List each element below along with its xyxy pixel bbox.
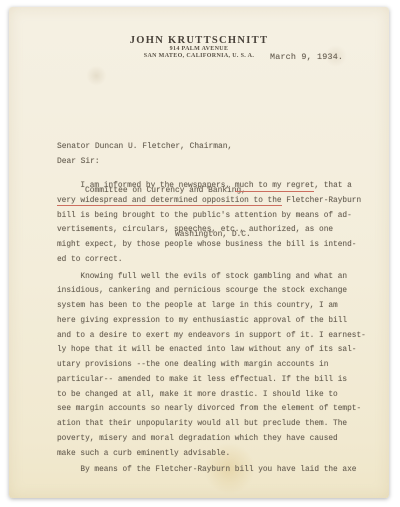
body-text: By means of the Fletcher-Rayburn bill yo… — [57, 466, 356, 474]
body-text: make such a curb eminently advisable. — [57, 450, 230, 458]
red-underlined-text: very widespread and determined oppositio… — [57, 197, 282, 207]
body-text: system has been to the people at large i… — [57, 302, 338, 310]
letter-body-line: here giving expression to my enthusiasti… — [57, 314, 366, 329]
letter-body: I am informed by the newspapers, much to… — [57, 177, 366, 478]
body-text: see margin accounts so nearly divorced f… — [57, 405, 361, 413]
body-text: Fletcher-Rayburn — [282, 197, 362, 205]
letter-body-line: very widespread and determined oppositio… — [57, 194, 366, 209]
body-text: Knowing full well the evils of stock gam… — [57, 273, 347, 281]
letter-body-line: poverty, misery and moral degradation wh… — [57, 432, 366, 447]
recipient-line: Senator Duncan U. Fletcher, Chairman, — [57, 140, 251, 155]
letter-body-line: vertisements, circulars, speeches, etc.,… — [57, 223, 366, 238]
letter-body-line: insidious, cankering and pernicious scou… — [57, 284, 366, 299]
letter-body-line: to be changed at all, make it more drast… — [57, 388, 366, 403]
letter-body-line: ation that their unpopularity would all … — [57, 417, 366, 432]
body-text: insidious, cankering and pernicious scou… — [57, 287, 347, 295]
letter-body-line: particular-- amended to make it less eff… — [57, 373, 366, 388]
body-text: poverty, misery and moral degradation wh… — [57, 435, 338, 443]
letter-body-line: bill is being brought to the public's at… — [57, 209, 366, 224]
letter-body-line: ly hope that it will be enacted into law… — [57, 343, 366, 358]
body-text: to be changed at all, make it more drast… — [57, 391, 338, 399]
body-text: particular-- amended to make it less eff… — [57, 376, 347, 384]
letter-body-line: I am informed by the newspapers, much to… — [57, 179, 366, 194]
letter-body-line: might expect, by those people whose busi… — [57, 238, 366, 253]
letter-body-line: make such a curb eminently advisable. — [57, 447, 366, 462]
body-text: ation that their unpopularity would all … — [57, 420, 347, 428]
body-text: , that a — [314, 182, 351, 190]
body-text: vertisements, circulars, speeches, etc.,… — [57, 226, 333, 234]
body-text: and to a desire to exert my endeavors in… — [57, 332, 366, 340]
body-text: bill is being brought to the public's at… — [57, 212, 352, 220]
scan-background: JOHN KRUTTSCHNITT 914 PALM AVENUE SAN MA… — [0, 0, 400, 507]
red-underlined-text: much to my regret — [235, 182, 315, 192]
body-text: ly hope that it will be enacted into law… — [57, 346, 356, 354]
letter-body-line: see margin accounts so nearly divorced f… — [57, 402, 366, 417]
body-text: utary provisions --the one dealing with … — [57, 361, 328, 369]
letter-body-line: system has been to the people at large i… — [57, 299, 366, 314]
letter-body-line: By means of the Fletcher-Rayburn bill yo… — [57, 463, 366, 478]
letter-paper: JOHN KRUTTSCHNITT 914 PALM AVENUE SAN MA… — [9, 7, 389, 498]
letter-body-line: and to a desire to exert my endeavors in… — [57, 329, 366, 344]
letter-body-line: utary provisions --the one dealing with … — [57, 358, 366, 373]
letter-body-line: ed to correct. — [57, 253, 366, 268]
body-text: here giving expression to my enthusiasti… — [57, 317, 347, 325]
body-text: might expect, by those people whose busi… — [57, 241, 356, 249]
letter-date: March 9, 1934. — [270, 52, 343, 62]
letter-body-line: Knowing full well the evils of stock gam… — [57, 270, 366, 285]
body-text: ed to correct. — [57, 256, 123, 264]
salutation: Dear Sir: — [57, 157, 100, 166]
letterhead-name: JOHN KRUTTSCHNITT — [9, 35, 389, 46]
body-text: I am informed by the newspapers, — [57, 182, 235, 190]
